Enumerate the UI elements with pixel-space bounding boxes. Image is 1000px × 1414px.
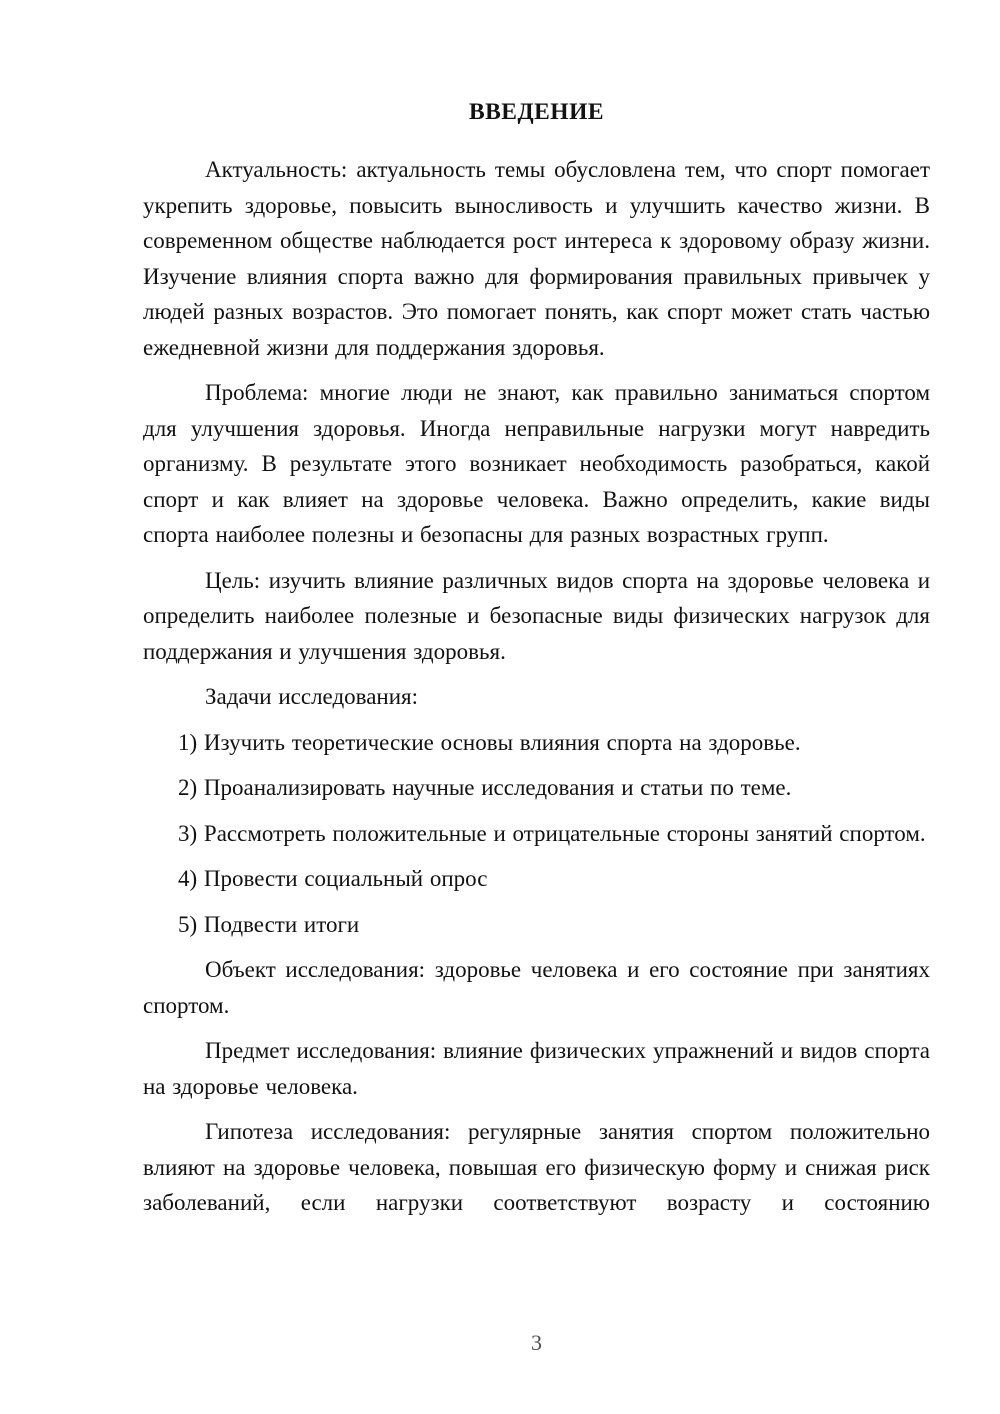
list-item: 5) Подвести итоги bbox=[143, 907, 930, 943]
page-number: 3 bbox=[143, 1330, 930, 1356]
paragraph: Цель: изучить влияние различных видов сп… bbox=[143, 563, 930, 670]
page-title: ВВЕДЕНИЕ bbox=[143, 97, 930, 127]
list-item: 4) Провести социальный опрос bbox=[143, 861, 930, 897]
paragraph: Предмет исследования: влияние физических… bbox=[143, 1033, 930, 1104]
list-item: 1) Изучить теоретические основы влияния … bbox=[143, 725, 930, 761]
document-body: Актуальность: актуальность темы обусловл… bbox=[143, 152, 930, 1221]
document-page: ВВЕДЕНИЕ Актуальность: актуальность темы… bbox=[0, 0, 1000, 1414]
paragraph: Актуальность: актуальность темы обусловл… bbox=[143, 152, 930, 365]
paragraph: Проблема: многие люди не знают, как прав… bbox=[143, 375, 930, 553]
paragraph: Задачи исследования: bbox=[143, 679, 930, 715]
paragraph: Гипотеза исследования: регулярные заняти… bbox=[143, 1114, 930, 1221]
list-item: 3) Рассмотреть положительные и отрицател… bbox=[143, 816, 930, 852]
list-item: 2) Проанализировать научные исследования… bbox=[143, 770, 930, 806]
paragraph: Объект исследования: здоровье человека и… bbox=[143, 952, 930, 1023]
